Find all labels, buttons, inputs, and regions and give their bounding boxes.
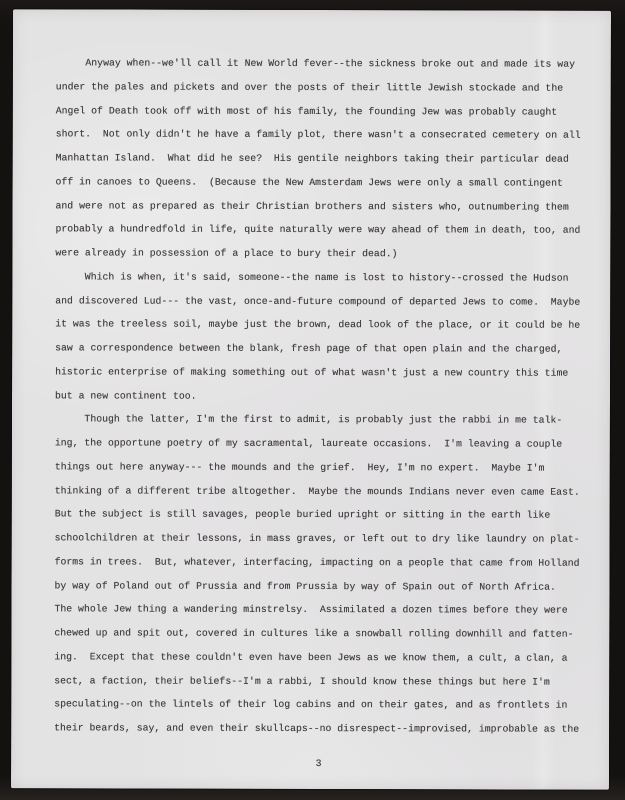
text-line: historic enterprise of making something …: [55, 360, 591, 385]
manuscript-text: Anyway when--we'll call it New World fev…: [54, 51, 592, 741]
text-line: But the subject is still savages, people…: [55, 503, 591, 528]
text-line: chewed up and spit out, covered in cultu…: [54, 621, 590, 646]
text-line: Angel of Death took off with most of his…: [56, 99, 592, 124]
text-line: The whole Jew thing a wandering minstrel…: [54, 598, 590, 623]
text-line: probably a hundredfold in life, quite na…: [55, 218, 591, 243]
text-line: Anyway when--we'll call it New World fev…: [56, 51, 592, 76]
text-line: ing. Except that these couldn't even hav…: [54, 645, 590, 670]
page-number: 3: [54, 751, 583, 776]
text-line: Manhattan Island. What did he see? His g…: [56, 146, 592, 171]
text-line: by way of Poland out of Prussia and from…: [54, 574, 590, 599]
text-line: it was the treeless soil, maybe just the…: [55, 313, 591, 338]
text-line: forms in trees. But, whatever, interfaci…: [55, 550, 591, 575]
text-line: were already in possession of a place to…: [55, 241, 591, 266]
text-line: under the pales and pickets and over the…: [56, 75, 592, 100]
text-line: saw a correspondence between the blank, …: [55, 336, 591, 361]
text-line: Which is when, it's said, someone--the n…: [55, 265, 591, 290]
text-line: short. Not only didn't he have a family …: [56, 123, 592, 148]
text-line: thinking of a different tribe altogether…: [55, 479, 591, 504]
text-line: and were not as prepared as their Christ…: [55, 194, 591, 219]
scanner-background: Anyway when--we'll call it New World fev…: [0, 0, 625, 800]
text-line: their beards, say, and even their skullc…: [54, 716, 590, 741]
text-line: speculating--on the lintels of their log…: [54, 693, 590, 718]
text-line: and discovered Lud--- the vast, once-and…: [55, 289, 591, 314]
scanned-page: Anyway when--we'll call it New World fev…: [11, 9, 611, 790]
text-line: off in canoes to Queens. (Because the Ne…: [56, 170, 592, 195]
text-line: things out here anyway--- the mounds and…: [55, 455, 591, 480]
text-line: sect, a faction, their beliefs--I'm a ra…: [54, 669, 590, 694]
text-line: schoolchildren at their lessons, in mass…: [55, 526, 591, 551]
text-line: Though the latter, I'm the first to admi…: [55, 408, 591, 433]
text-line: but a new continent too.: [55, 384, 591, 409]
text-line: ing, the opportune poetry of my sacramen…: [55, 431, 591, 456]
